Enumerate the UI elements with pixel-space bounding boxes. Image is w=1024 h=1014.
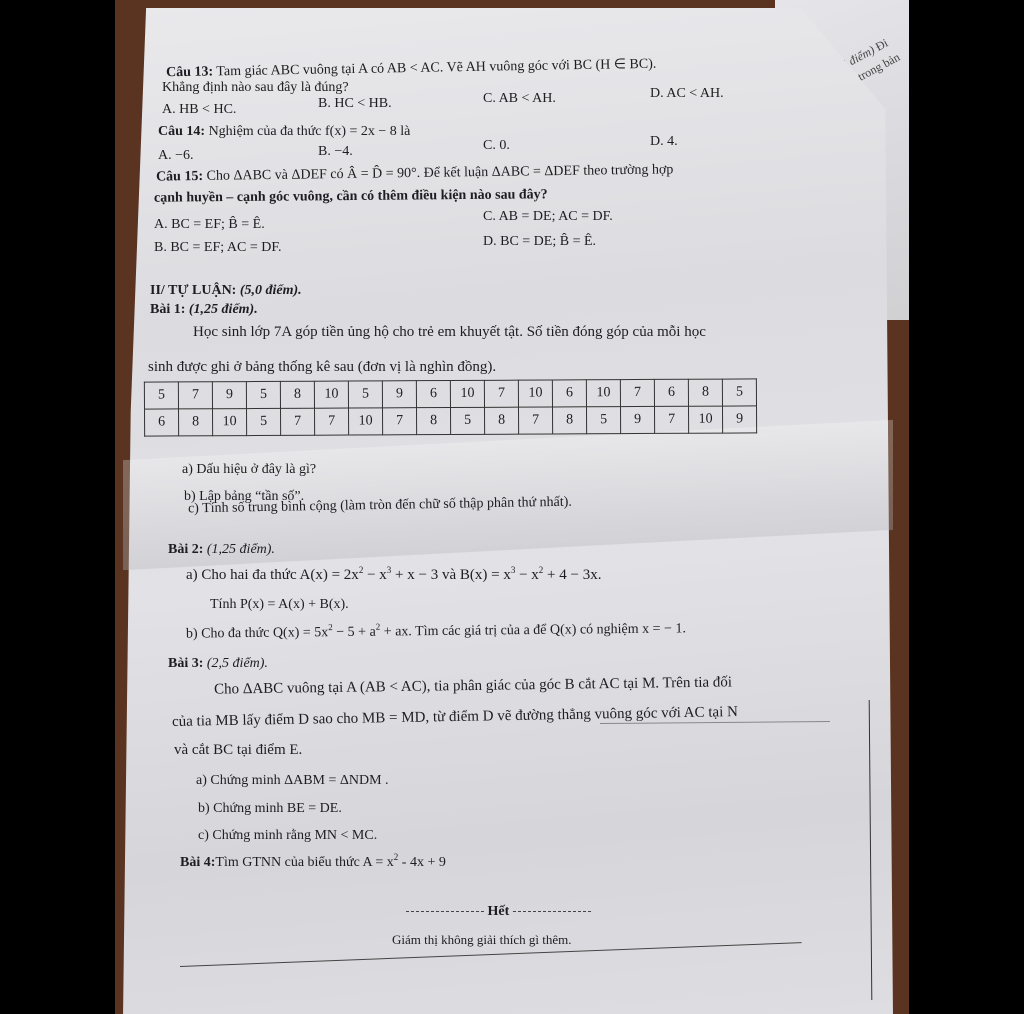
- table-row: 5795810596107106107685: [144, 379, 756, 409]
- table-cell: 7: [178, 382, 212, 409]
- table-row: 681057710785878597109: [145, 406, 757, 436]
- table-cell: 5: [246, 381, 280, 408]
- q14-option-c: C. 0.: [483, 138, 510, 154]
- q15-option-d: D. BC = DE; B̂ = Ê.: [483, 234, 596, 250]
- table-cell: 5: [144, 382, 178, 409]
- bai1-heading: Bài 1: (1,25 điểm).: [150, 302, 258, 318]
- q15-option-b: B. BC = EF; AC = DF.: [154, 240, 281, 256]
- table-cell: 6: [552, 380, 586, 407]
- bai2-part-a-task: Tính P(x) = A(x) + B(x).: [210, 597, 349, 613]
- table-cell: 9: [382, 381, 416, 408]
- question-15: Câu 15: Cho ΔABC và ΔDEF có Â = D̂ = 90°…: [156, 162, 674, 185]
- table-cell: 8: [484, 407, 518, 434]
- question-14: Câu 14: Nghiệm của đa thức f(x) = 2x − 8…: [158, 124, 410, 140]
- table-cell: 5: [247, 408, 281, 435]
- table-cell: 10: [450, 380, 484, 407]
- q14-option-b: B. −4.: [318, 144, 353, 160]
- q13-option-a: A. HB < HC.: [162, 102, 236, 118]
- bai2-heading: Bài 2: (1,25 điểm).: [168, 542, 275, 558]
- table-cell: 7: [518, 407, 552, 434]
- table-cell: 8: [280, 381, 314, 408]
- bai1-intro-2: sinh được ghi ở bảng thống kê sau (đơn v…: [148, 359, 496, 376]
- table-cell: 6: [145, 409, 179, 436]
- bai3-part-a: a) Chứng minh ΔABM = ΔNDM .: [196, 773, 389, 789]
- question-13: Câu 13: Tam giác ABC vuông tại A có AB <…: [166, 56, 657, 82]
- q13-option-c: C. AB < AH.: [483, 91, 556, 107]
- table-cell: 9: [212, 382, 246, 409]
- q15-option-a: A. BC = EF; B̂ = Ê.: [154, 217, 265, 233]
- table-cell: 9: [620, 406, 654, 433]
- table-cell: 5: [451, 407, 485, 434]
- table-cell: 8: [688, 379, 722, 406]
- table-cell: 10: [314, 381, 348, 408]
- table-cell: 8: [417, 408, 451, 435]
- bai2-part-a: a) Cho hai đa thức A(x) = 2x2 − x3 + x −…: [186, 567, 601, 584]
- footer-note: Giám thị không giải thích gì thêm.: [392, 932, 571, 948]
- question-15-prompt: cạnh huyền – cạnh góc vuông, cần có thêm…: [154, 187, 548, 206]
- bai3-line-1: Cho ΔABC vuông tại A (AB < AC), tia phân…: [214, 674, 732, 698]
- q14-option-a: A. −6.: [158, 148, 194, 164]
- table-cell: 7: [620, 379, 654, 406]
- statistics-table: 5795810596107106107685681057710785878597…: [144, 378, 757, 436]
- bai1-part-a: a) Dấu hiệu ở đây là gì?: [182, 462, 316, 478]
- bai3-line-2: của tia MB lấy điểm D sao cho MB = MD, t…: [172, 704, 738, 731]
- page-border-right: [869, 700, 873, 1000]
- table-cell: 6: [416, 381, 450, 408]
- table-cell: 10: [349, 408, 383, 435]
- q13-option-d: D. AC < AH.: [650, 86, 724, 102]
- table-cell: 5: [348, 381, 382, 408]
- q14-option-d: D. 4.: [650, 134, 678, 150]
- table-cell: 7: [315, 408, 349, 435]
- table-cell: 10: [518, 380, 552, 407]
- bai3-line-3: và cắt BC tại điểm E.: [174, 742, 302, 759]
- table-cell: 10: [688, 406, 722, 433]
- end-marker: Hết: [406, 904, 591, 920]
- bai4: Bài 4:Tìm GTNN của biểu thức A = x2 - 4x…: [180, 855, 446, 871]
- table-cell: 5: [722, 379, 756, 406]
- question-13-prompt: Khẳng định nào sau đây là đúng?: [162, 80, 349, 96]
- table-cell: 10: [213, 409, 247, 436]
- bai1-intro-1: Học sinh lớp 7A góp tiền ủng hộ cho trẻ …: [193, 324, 706, 341]
- table-cell: 7: [281, 408, 315, 435]
- exam-content: Câu 13: Tam giác ABC vuông tại A có AB <…: [0, 0, 1024, 1014]
- table-cell: 7: [484, 380, 518, 407]
- q15-option-c: C. AB = DE; AC = DF.: [483, 209, 613, 225]
- q13-option-b: B. HC < HB.: [318, 96, 392, 112]
- table-cell: 5: [586, 407, 620, 434]
- bai2-part-b: b) Cho đa thức Q(x) = 5x2 − 5 + a2 + ax.…: [186, 621, 686, 642]
- table-cell: 10: [586, 380, 620, 407]
- table-cell: 8: [552, 407, 586, 434]
- bai3-part-c: c) Chứng minh rằng MN < MC.: [198, 828, 377, 844]
- table-cell: 8: [179, 409, 213, 436]
- bai3-heading: Bài 3: (2,5 điểm).: [168, 656, 268, 672]
- bai3-part-b: b) Chứng minh BE = DE.: [198, 801, 342, 817]
- table-cell: 7: [383, 408, 417, 435]
- table-cell: 9: [722, 406, 756, 433]
- table-cell: 6: [654, 379, 688, 406]
- table-cell: 7: [654, 406, 688, 433]
- part2-heading: II/ TỰ LUẬN: (5,0 điểm).: [150, 283, 302, 299]
